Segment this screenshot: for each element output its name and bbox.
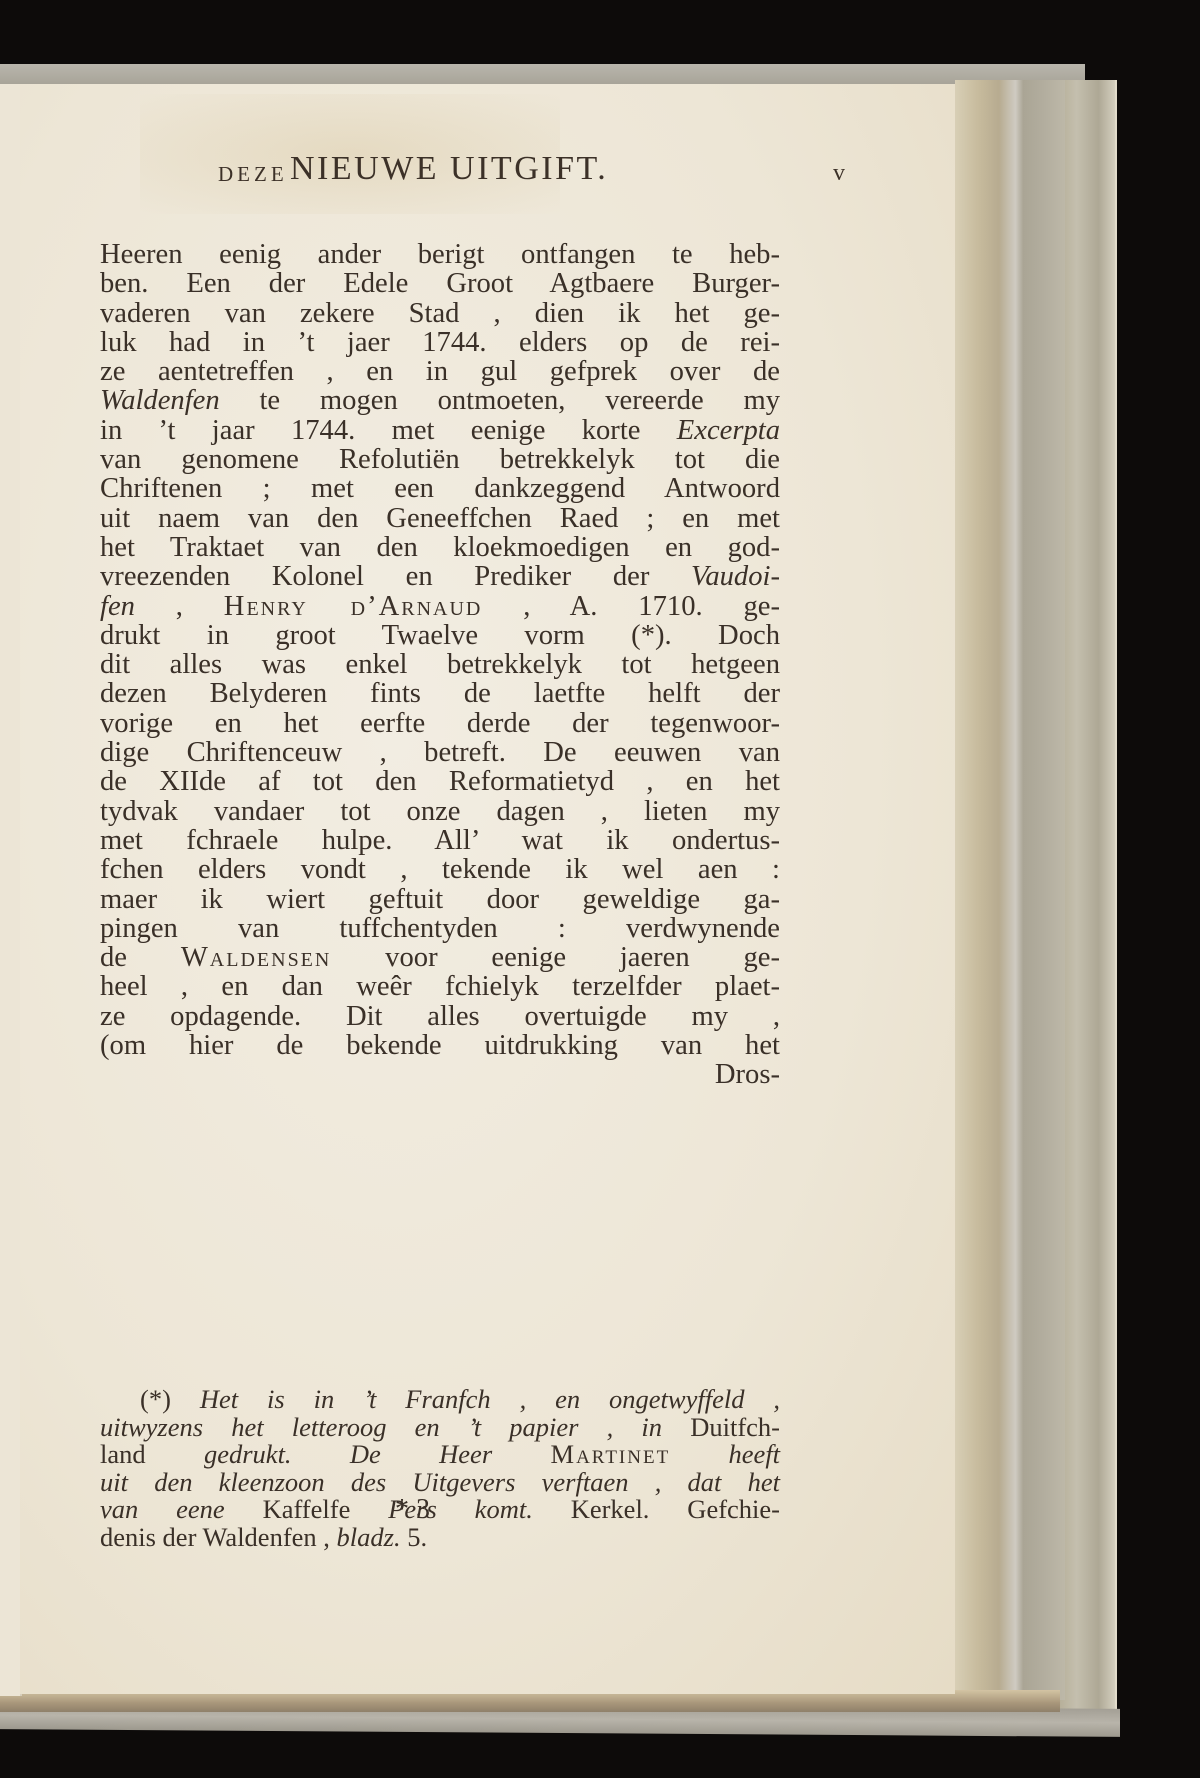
body-segment: pingen van tuffchentyden : verdwynende — [100, 913, 780, 944]
body-segment: het Traktaet van den kloekmoedigen en go… — [100, 532, 780, 563]
page-block-fore-edge — [955, 80, 1065, 1700]
body-segment: de — [100, 942, 181, 973]
footnote-segment: uit den kleenzoon des Uitgevers verftaen… — [100, 1467, 780, 1497]
footnote-line: land gedrukt. De Heer Martinet heeft — [100, 1441, 780, 1469]
footnote-segment: van eene — [100, 1494, 225, 1524]
footnote-segment: Duitfch- — [662, 1412, 780, 1442]
body-segment: vaderen van zekere Stad , dien ik het ge… — [100, 298, 780, 329]
body-line: Heeren eenig ander berigt ontfangen te h… — [100, 240, 780, 269]
body-text: Heeren eenig ander berigt ontfangen te h… — [100, 240, 780, 1090]
footnote-segment — [670, 1439, 728, 1469]
body-line: in ’t jaar 1744. met eenige korte Excerp… — [100, 416, 780, 445]
body-line: Waldenfen te mogen ontmoeten, vereerde m… — [100, 386, 780, 415]
body-line: ze aentetreffen , en in gul gefprek over… — [100, 357, 780, 386]
body-segment: maer ik wiert geftuit door geweldige ga- — [100, 884, 780, 915]
body-line: vaderen van zekere Stad , dien ik het ge… — [100, 299, 780, 328]
body-segment: vorige en het eerfte derde der tegenwoor… — [100, 708, 780, 739]
body-line: dit alles was enkel betrekkelyk tot hetg… — [100, 650, 780, 679]
body-line: ze opdagende. Dit alles overtuigde my , — [100, 1002, 780, 1031]
body-line: fchen elders vondt , tekende ik wel aen … — [100, 855, 780, 884]
body-line: de XIIde af tot den Reformatietyd , en h… — [100, 767, 780, 796]
body-segment: Excerpta — [677, 415, 780, 446]
facing-page-strip — [0, 84, 22, 1696]
footnote-segment: (*) — [140, 1384, 200, 1414]
catchword: Dros- — [100, 1060, 780, 1089]
body-line: vreezenden Kolonel en Prediker der Vaudo… — [100, 562, 780, 591]
body-segment: dige Chriftenceuw , betreft. De eeuwen v… — [100, 737, 780, 768]
page-folio: v — [833, 160, 845, 187]
body-segment: Chriftenen ; met een dankzeggend Antwoor… — [100, 473, 780, 504]
running-head-title: NIEUWE UITGIFT. — [290, 150, 608, 188]
body-segment: heel , en dan weêr fchielyk terzelfder p… — [100, 971, 780, 1002]
footnote-segment: uitwyzens het letteroog en ’t papier , i… — [100, 1412, 662, 1442]
footnote-segment: Martinet — [551, 1439, 671, 1469]
footnote-segment: heeft — [729, 1439, 781, 1469]
body-line: ben. Een der Edele Groot Agtbaere Burger… — [100, 269, 780, 298]
body-segment: , A. 1710. ge- — [482, 591, 780, 622]
body-line: het Traktaet van den kloekmoedigen en go… — [100, 533, 780, 562]
footnote-segment: denis der Waldenfen , — [100, 1522, 337, 1552]
body-segment: Heeren eenig ander berigt ontfangen te h… — [100, 239, 780, 270]
body-segment: Henry d’Arnaud — [224, 591, 483, 622]
body-segment: fchen elders vondt , tekende ik wel aen … — [100, 854, 780, 885]
book-cover-top-edge — [0, 64, 1085, 85]
book-page: DEZE NIEUWE UITGIFT. v Heeren eenig ande… — [20, 84, 955, 1694]
body-line: van genomene Refolutiën betrekkelyk tot … — [100, 445, 780, 474]
body-segment: voor eenige jaeren ge- — [331, 942, 780, 973]
body-line: met fchraele hulpe. All’ wat ik ondertus… — [100, 826, 780, 855]
body-segment: (om hier de bekende uitdrukking van het — [100, 1030, 780, 1061]
body-line: drukt in groot Twaelve vorm (*). Doch — [100, 621, 780, 650]
body-line: uit naem van den Geneeffchen Raed ; en m… — [100, 504, 780, 533]
footnote-line: van eene Kaffelfe Pers komt. Kerkel. Gef… — [100, 1496, 780, 1524]
body-segment: dezen Belyderen fints de laetfte helft d… — [100, 678, 780, 709]
body-segment: Waldensen — [181, 942, 332, 973]
footnote-segment: gedrukt. De Heer — [204, 1439, 492, 1469]
body-line: Chriftenen ; met een dankzeggend Antwoor… — [100, 474, 780, 503]
body-line: de Waldensen voor eenige jaeren ge- — [100, 943, 780, 972]
footnote-segment: land — [100, 1439, 204, 1469]
footnote-segment — [492, 1439, 550, 1469]
footnote-segment: 5. — [401, 1522, 428, 1552]
body-line: (om hier de bekende uitdrukking van het — [100, 1031, 780, 1060]
body-segment: tydvak vandaer tot onze dagen , lieten m… — [100, 796, 780, 827]
body-segment: ze aentetreffen , en in gul gefprek over… — [100, 356, 780, 387]
body-segment: Waldenfen — [100, 385, 220, 416]
body-line: maer ik wiert geftuit door geweldige ga- — [100, 885, 780, 914]
footnote-line: uit den kleenzoon des Uitgevers verftaen… — [100, 1469, 780, 1497]
body-segment: van genomene Refolutiën betrekkelyk tot … — [100, 444, 780, 475]
body-line: pingen van tuffchentyden : verdwynende — [100, 914, 780, 943]
footnote-line: denis der Waldenfen , bladz. 5. — [100, 1524, 780, 1552]
footnote: (*) Het is in ’t Franfch , en ongetwyffe… — [100, 1386, 780, 1552]
body-segment: fen — [100, 591, 135, 622]
body-segment: luk had in ’t jaer 1744. elders op de re… — [100, 327, 780, 358]
body-segment: met fchraele hulpe. All’ wat ik ondertus… — [100, 825, 780, 856]
footnote-segment: bladz. — [337, 1522, 401, 1552]
body-segment: Vaudoi- — [691, 561, 780, 592]
body-segment: ze opdagende. Dit alles overtuigde my , — [100, 1001, 780, 1032]
body-line: vorige en het eerfte derde der tegenwoor… — [100, 709, 780, 738]
body-segment: dit alles was enkel betrekkelyk tot hetg… — [100, 649, 780, 680]
body-segment: vreezenden Kolonel en Prediker der — [100, 561, 691, 592]
footnote-line: (*) Het is in ’t Franfch , en ongetwyffe… — [100, 1386, 780, 1414]
body-line: heel , en dan weêr fchielyk terzelfder p… — [100, 972, 780, 1001]
body-line: fen , Henry d’Arnaud , A. 1710. ge- — [100, 592, 780, 621]
footnote-segment: Kaffelfe — [225, 1494, 389, 1524]
running-head-small-caps: DEZE — [218, 162, 288, 187]
body-segment: uit naem van den Geneeffchen Raed ; en m… — [100, 503, 780, 534]
body-line: dezen Belyderen fints de laetfte helft d… — [100, 679, 780, 708]
body-segment: ben. Een der Edele Groot Agtbaere Burger… — [100, 268, 780, 299]
signature-mark: * 3 — [395, 1494, 430, 1526]
body-segment: drukt in groot Twaelve vorm (*). Doch — [100, 620, 780, 651]
body-segment: te mogen ontmoeten, vereerde my — [220, 385, 780, 416]
body-line: tydvak vandaer tot onze dagen , lieten m… — [100, 797, 780, 826]
body-segment: de XIIde af tot den Reformatietyd , en h… — [100, 766, 780, 797]
body-line: luk had in ’t jaer 1744. elders op de re… — [100, 328, 780, 357]
body-line: dige Chriftenceuw , betreft. De eeuwen v… — [100, 738, 780, 767]
body-segment: , — [135, 591, 224, 622]
body-segment: in ’t jaar 1744. met eenige korte — [100, 415, 677, 446]
footnote-segment: Kerkel. Gefchie- — [533, 1494, 780, 1524]
footnote-line: uitwyzens het letteroog en ’t papier , i… — [100, 1414, 780, 1442]
footnote-segment: Het is in ’t Franfch , en ongetwyffeld , — [200, 1384, 780, 1414]
book-cover-right-edge — [1060, 80, 1117, 1725]
